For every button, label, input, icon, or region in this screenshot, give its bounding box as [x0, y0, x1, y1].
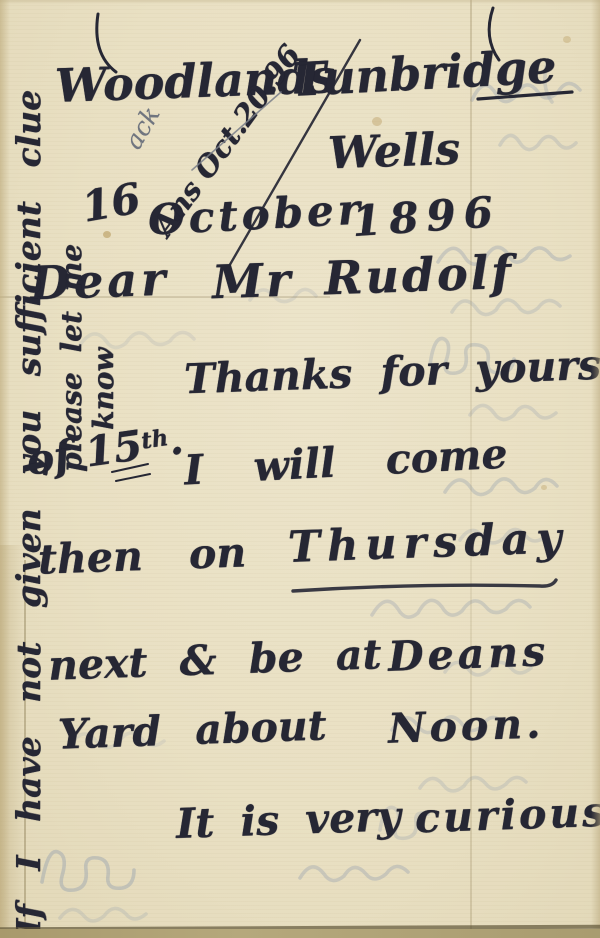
margin-note-line1: If I have not given you sufficient clue	[12, 90, 45, 934]
ghost-script-line	[80, 332, 194, 347]
body-line-thursday: Thursday	[287, 517, 569, 570]
letterhead-town2: Wells	[327, 128, 460, 177]
thursday-underline-stroke	[293, 580, 556, 591]
ghost-script-line	[452, 300, 560, 315]
margin-note-line3: know	[90, 347, 118, 430]
body-line-curious-b: curious	[414, 792, 600, 840]
date-day: 16	[79, 177, 144, 229]
body-line-of15-sup: th	[140, 425, 170, 454]
body-line-deans: Deans	[387, 631, 549, 678]
body-line-next: next & be at	[47, 634, 382, 687]
page-edge-top	[0, 0, 600, 4]
letter-page: Woodlands Tunbridge Wells 16 October 189…	[0, 0, 600, 938]
ghost-script-line	[42, 852, 134, 891]
page-bottom-strip	[0, 929, 600, 938]
letterhead-town: Tunbridge	[291, 43, 557, 103]
ghost-script-line	[60, 908, 146, 921]
ghost-script-line	[300, 866, 408, 880]
body-line-thanks: Thanks for yours	[183, 345, 600, 401]
date-year: 1896	[351, 191, 502, 243]
ghost-script-line	[420, 777, 526, 791]
page-edge-bottom	[0, 925, 600, 932]
body-line-thenon: then on	[37, 532, 246, 580]
body-line-iwill: I will come	[183, 434, 508, 492]
salutation-recipient: Mr Rudolf	[211, 249, 514, 306]
ghost-script-line	[445, 479, 557, 495]
body-line-curious-a: It is very	[175, 796, 401, 845]
salutation-opening: Dear	[29, 256, 170, 307]
ghost-script-line	[372, 600, 530, 617]
body-line-yard: Yard about	[57, 705, 327, 755]
body-line-noon: Noon.	[387, 703, 545, 749]
ghost-script-line	[470, 405, 556, 419]
ghost-script-line	[500, 135, 576, 149]
foxing-spots	[103, 231, 111, 238]
margin-note-line2: please let me	[58, 244, 86, 472]
fifteenth-underline-stroke-2	[116, 474, 150, 481]
